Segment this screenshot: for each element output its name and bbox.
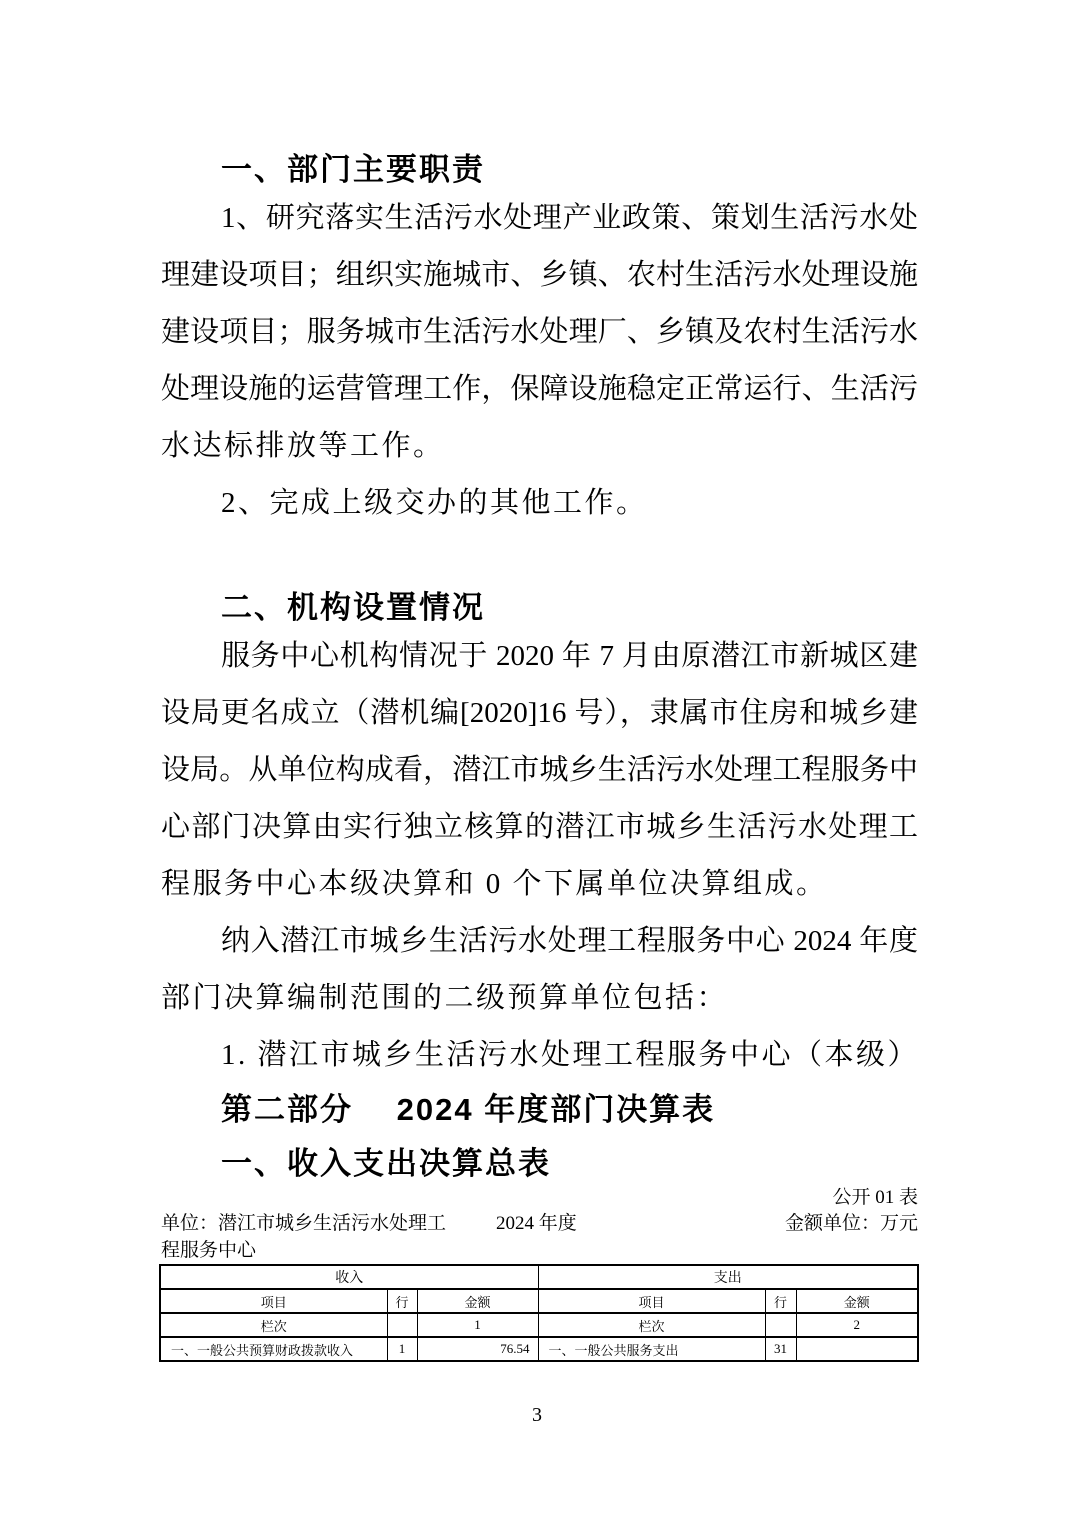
table-row-data: 一、一般公共预算财政拨款收入 1 76.54 一、一般公共服务支出 31 <box>160 1337 918 1361</box>
unit-name-label: 单位：潜江市城乡生活污水处理工程服务中心 <box>161 1210 459 1264</box>
income-item-cell: 一、一般公共预算财政拨款收入 <box>160 1337 387 1361</box>
income-expense-summary-table: 收入 支出 项目 行 金额 项目 行 金额 栏次 1 栏次 2 一、一般公共预算… <box>159 1264 919 1362</box>
expense-rowno-cell: 31 <box>765 1337 796 1361</box>
expense-item-col-header: 项目 <box>538 1289 765 1313</box>
part2-title: 第二部分 2024 年度部门决算表 <box>161 1090 918 1130</box>
page-number: 3 <box>0 1404 1074 1427</box>
table-tag-label: 公开 01 表 <box>161 1186 918 1210</box>
income-section-header: 收入 <box>160 1265 538 1289</box>
section-heading-organization: 二、机构设置情况 <box>161 588 918 628</box>
amount-unit-label: 金额单位：万元 <box>785 1210 918 1237</box>
income-lanci-label: 栏次 <box>160 1313 387 1337</box>
body-line: 建设项目；服务城市生活污水处理厂、乡镇及农村生活污水 <box>161 304 918 361</box>
income-amount-cell: 76.54 <box>417 1337 538 1361</box>
income-rowno-col-header: 行 <box>387 1289 417 1313</box>
table-row-column-numbers: 栏次 1 栏次 2 <box>160 1313 918 1337</box>
body-line: 部门决算编制范围的二级预算单位包括： <box>161 970 918 1027</box>
income-item-col-header: 项目 <box>160 1289 387 1313</box>
expense-column-number: 2 <box>796 1313 918 1337</box>
table-section-title: 一、收入支出决算总表 <box>161 1144 918 1184</box>
body-line: 水达标排放等工作。 <box>161 418 918 475</box>
expense-rowno-col-header: 行 <box>765 1289 796 1313</box>
expense-amount-cell <box>796 1337 918 1361</box>
body-line: 程服务中心本级决算和 0 个下属单位决算组成。 <box>161 856 918 913</box>
expense-section-header: 支出 <box>538 1265 918 1289</box>
fiscal-year-label: 2024 年度 <box>496 1210 577 1237</box>
blank-line <box>161 532 918 588</box>
income-rowno-cell: 1 <box>387 1337 417 1361</box>
income-lanci-rowno <box>387 1313 417 1337</box>
body-line: 设局。从单位构成看，潜江市城乡生活污水处理工程服务中 <box>161 742 918 799</box>
body-line: 纳入潜江市城乡生活污水处理工程服务中心 2024 年度 <box>161 913 918 970</box>
expense-amount-col-header: 金额 <box>796 1289 918 1313</box>
table-row-column-headers: 项目 行 金额 项目 行 金额 <box>160 1289 918 1313</box>
body-line: 心部门决算由实行独立核算的潜江市城乡生活污水处理工 <box>161 799 918 856</box>
body-line: 1. 潜江市城乡生活污水处理工程服务中心（本级） <box>161 1027 918 1084</box>
expense-lanci-rowno <box>765 1313 796 1337</box>
document-content: 一、部门主要职责 1、研究落实生活污水处理产业政策、策划生活污水处 理建设项目；… <box>161 150 918 1362</box>
table-meta-row: 单位：潜江市城乡生活污水处理工程服务中心 2024 年度 金额单位：万元 <box>161 1210 918 1264</box>
document-page: 一、部门主要职责 1、研究落实生活污水处理产业政策、策划生活污水处 理建设项目；… <box>0 0 1074 1520</box>
expense-lanci-label: 栏次 <box>538 1313 765 1337</box>
income-amount-col-header: 金额 <box>417 1289 538 1313</box>
body-line: 理建设项目；组织实施城市、乡镇、农村生活污水处理设施 <box>161 247 918 304</box>
body-line: 1、研究落实生活污水处理产业政策、策划生活污水处 <box>161 190 918 247</box>
income-column-number: 1 <box>417 1313 538 1337</box>
body-line: 服务中心机构情况于 2020 年 7 月由原潜江市新城区建 <box>161 628 918 685</box>
expense-item-cell: 一、一般公共服务支出 <box>538 1337 765 1361</box>
body-line: 设局更名成立（潜机编[2020]16 号），隶属市住房和城乡建 <box>161 685 918 742</box>
body-line: 2、完成上级交办的其他工作。 <box>161 475 918 532</box>
section-heading-duties: 一、部门主要职责 <box>161 150 918 190</box>
table-row-section-headers: 收入 支出 <box>160 1265 918 1289</box>
body-line: 处理设施的运营管理工作，保障设施稳定正常运行、生活污 <box>161 361 918 418</box>
